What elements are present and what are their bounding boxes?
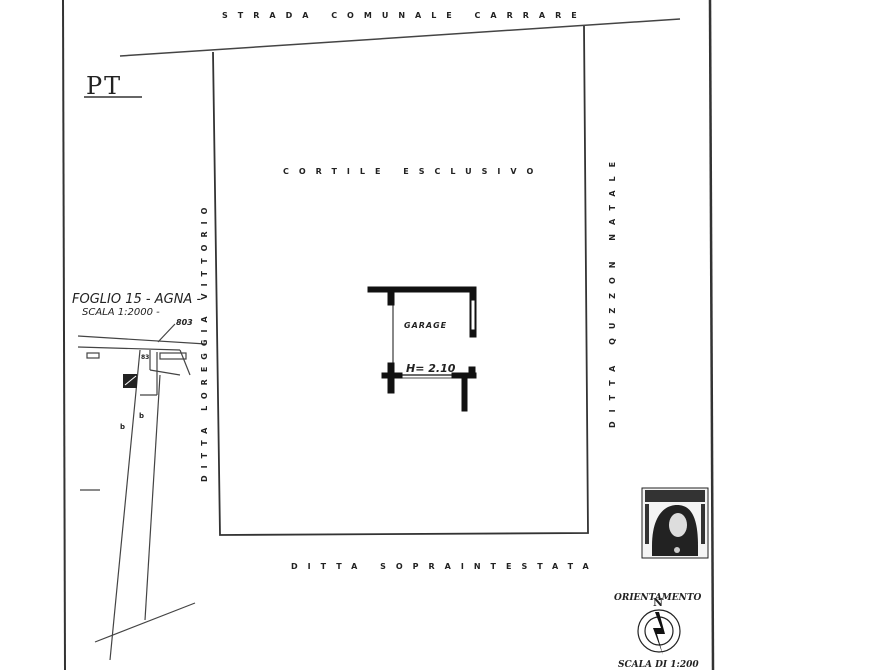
frame-left-line: [63, 0, 65, 670]
road-line: [120, 19, 680, 56]
cadastral-sheet: FOGLIO 15 - AGNA -: [72, 292, 201, 307]
frame-right-line: [710, 0, 713, 670]
stamp-icon: [642, 488, 708, 558]
plan-scale: SCALA DI 1:200: [618, 660, 699, 670]
courtyard-label: CORTILE ESCLUSIVO: [283, 167, 543, 176]
parcel-label-b1: b: [139, 412, 144, 420]
room-label: GARAGE: [404, 321, 447, 330]
floor-label: PT: [86, 72, 122, 100]
right-boundary-label: DITTA QUZZON NATALE: [608, 153, 617, 428]
parcel-number: 803: [176, 318, 193, 327]
left-boundary-label: DITTA LOREGGIA VITTORIO: [200, 201, 209, 482]
parcel-label-b2: b: [120, 423, 125, 431]
north-letter: N: [653, 596, 663, 609]
parcel-label-83: 83: [141, 354, 149, 361]
north-arrow: [638, 610, 680, 655]
bottom-boundary-label: DITTA SOPRAINTESTATA: [291, 562, 599, 571]
road-label: STRADA COMUNALE CARRARE: [222, 11, 587, 20]
room-height: H= 2.10: [406, 362, 455, 375]
courtyard-boundary: [213, 26, 588, 535]
cadastral-scale: SCALA 1:2000 -: [82, 307, 160, 318]
cadastral-inset: [78, 324, 206, 660]
garage-walls: [368, 287, 476, 411]
